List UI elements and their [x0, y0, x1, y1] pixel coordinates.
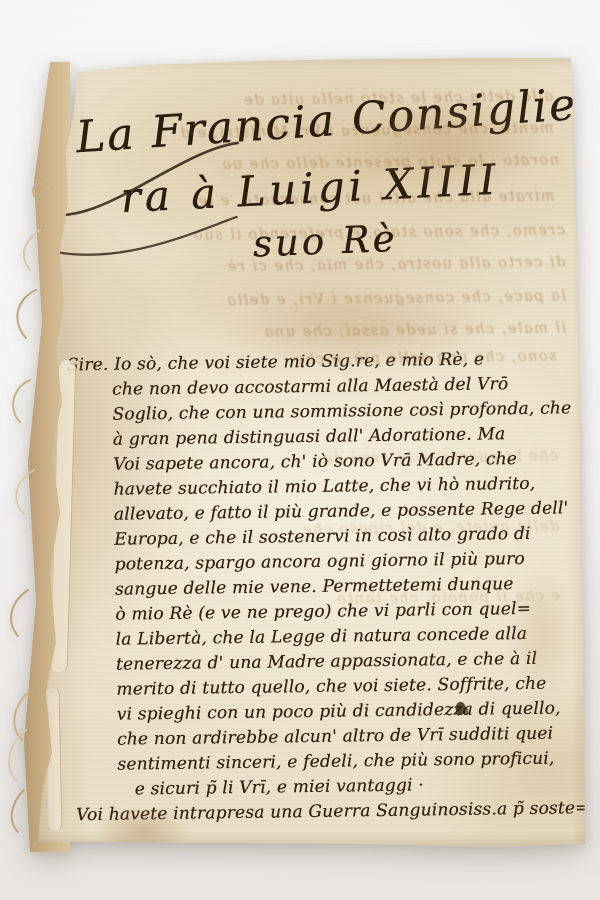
photo-backdrop: alla detta che le stato nella uita de me…: [0, 0, 600, 900]
bleedthrough-line: la pace, che conseguenze i Vri, e della: [176, 288, 566, 309]
letter-body: Sire. Io sò, che voi siete mio Sig.re, e…: [67, 346, 579, 828]
bleedthrough-line: il male, che si uede assai, che una: [156, 320, 566, 342]
page-content: alla detta che le stato nella uita de me…: [22, 48, 593, 856]
ink-blot: [456, 702, 466, 715]
manuscript-page: alla detta che le stato nella uita de me…: [28, 52, 588, 852]
page-wrap: alla detta che le stato nella uita de me…: [0, 0, 600, 900]
